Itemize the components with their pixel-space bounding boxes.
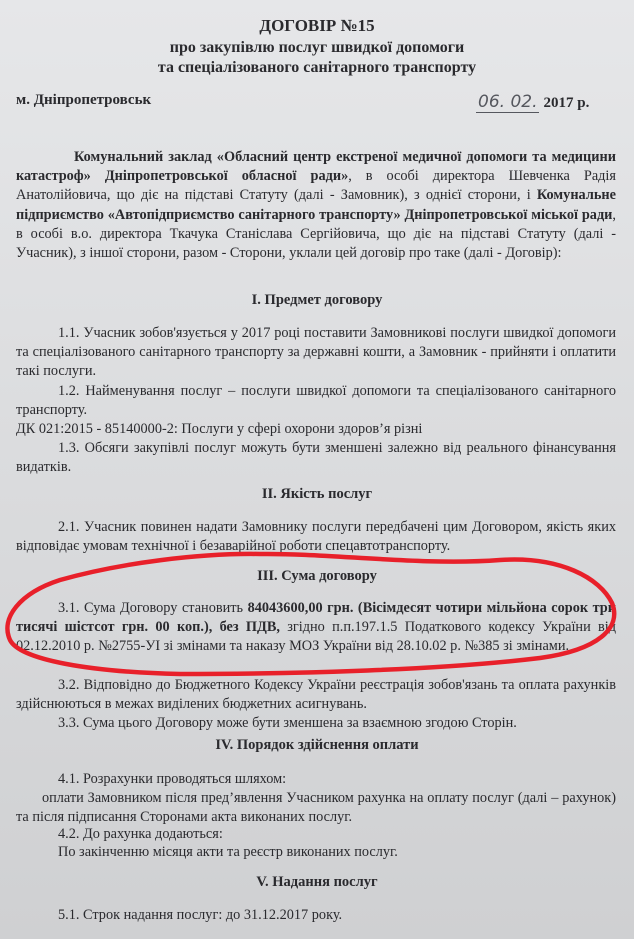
preamble: Комунальний заклад «Обласний центр екстр… bbox=[16, 148, 616, 263]
clause-4-1-text: оплати Замовником після пред’явлення Уча… bbox=[16, 789, 616, 827]
section-3-heading: ІІІ. Сума договору bbox=[0, 568, 634, 585]
date-year: 2017 р. bbox=[543, 95, 589, 111]
clause-1-2: 1.2. Найменування послуг – послуги швидк… bbox=[16, 382, 616, 420]
clause-3-2: 3.2. Відповідно до Бюджетного Кодексу Ук… bbox=[16, 676, 616, 714]
contract-subtitle-line-2: та спеціалізованого санітарного транспор… bbox=[0, 59, 634, 77]
clause-5-1: 5.1. Строк надання послуг: до 31.12.2017… bbox=[16, 906, 634, 925]
contract-date: 06. 02.2017 р. bbox=[476, 92, 589, 112]
clause-2-1: 2.1. Учасник повинен надати Замовнику по… bbox=[16, 518, 616, 556]
clause-1-1: 1.1. Учасник зобов'язується у 2017 році … bbox=[16, 324, 616, 382]
dk-code: ДК 021:2015 - 85140000-2: Послуги у сфер… bbox=[16, 420, 616, 439]
section-1-heading: І. Предмет договору bbox=[0, 292, 634, 309]
handwritten-date: 06. 02. bbox=[476, 92, 539, 113]
contract-subtitle-line-1: про закупівлю послуг швидкої допомоги bbox=[0, 39, 634, 57]
clause-3-1: 3.1. Сума Договору становить 84043600,00… bbox=[16, 599, 616, 657]
clause-3-3: 3.3. Сума цього Договору може бути зменш… bbox=[16, 714, 616, 733]
clause-4-2: 4.2. До рахунка додаються: bbox=[16, 825, 634, 844]
section-2-heading: ІІ. Якість послуг bbox=[0, 486, 634, 503]
contract-page: ДОГОВІР №15 про закупівлю послуг швидкої… bbox=[0, 0, 634, 939]
city-label: м. Дніпропетровськ bbox=[16, 92, 151, 109]
section-5-heading: V. Надання послуг bbox=[0, 874, 634, 891]
section-4-heading: ІV. Порядок здійснення оплати bbox=[0, 737, 634, 754]
contract-title: ДОГОВІР №15 bbox=[0, 16, 634, 36]
clause-4-1: 4.1. Розрахунки проводяться шляхом: bbox=[16, 770, 634, 789]
clause-4-2-text: По закінченню місяця акти та реєстр вико… bbox=[16, 843, 634, 862]
clause-1-3: 1.3. Обсяги закупівлі послуг можуть бути… bbox=[16, 439, 616, 477]
